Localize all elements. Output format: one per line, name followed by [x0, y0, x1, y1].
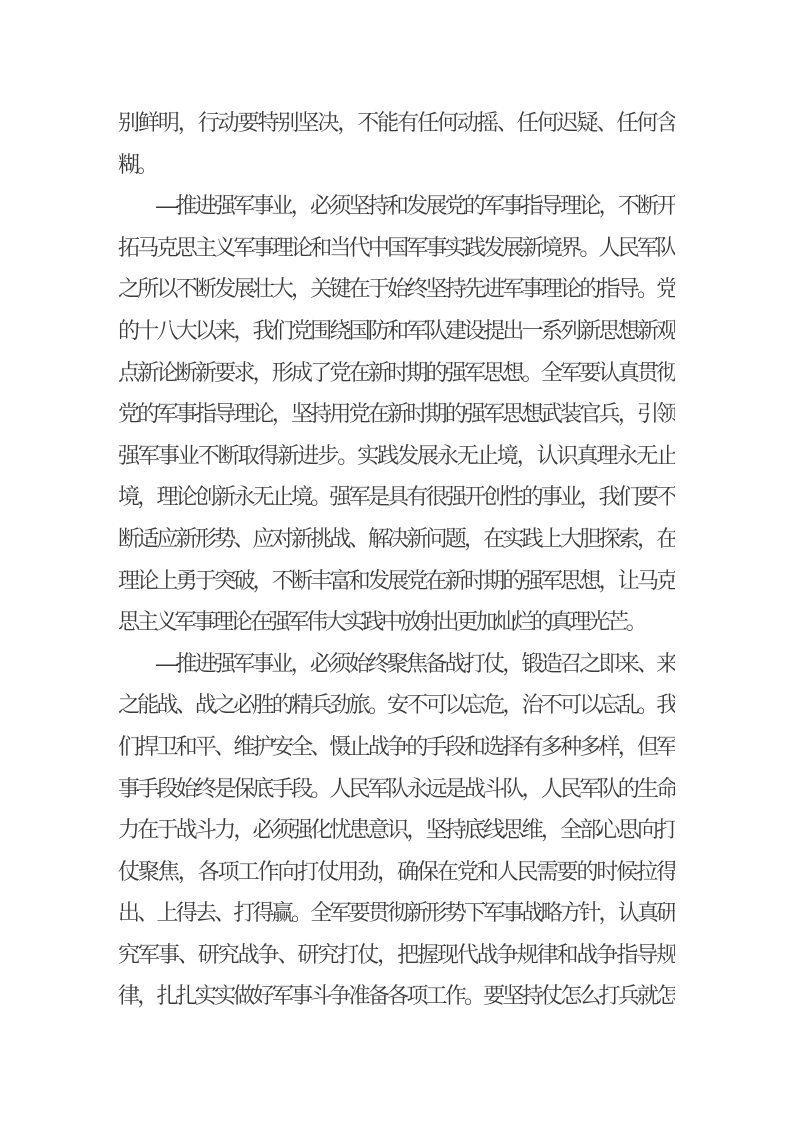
text-line: 事手段始终是保底手段。人民军队永远是战斗队，人民军队的生命 — [118, 768, 675, 810]
text-line: 别鲜明，行动要特别坚决，不能有任何动摇、任何迟疑、任何含 — [118, 102, 675, 144]
document-page: 别鲜明，行动要特别坚决，不能有任何动摇、任何迟疑、任何含糊。—推进强军事业，必须… — [0, 0, 800, 1130]
text-line: 出、上得去、打得赢。全军要贯彻新形势下军事战略方针，认真研 — [118, 892, 675, 934]
text-line: 力在于战斗力，必须强化忧患意识，坚持底线思维，全部心思向打 — [118, 809, 675, 851]
text-line: 理论上勇于突破，不断丰富和发展党在新时期的强军思想，让马克 — [118, 560, 675, 602]
text-line: 之所以不断发展壮大，关键在于始终坚持先进军事理论的指导。党 — [118, 268, 675, 310]
text-line: 拓马克思主义军事理论和当代中国军事实践发展新境界。人民军队 — [118, 227, 675, 269]
text-line: 的十八大以来，我们党围绕国防和军队建设提出一系列新思想新观 — [118, 310, 675, 352]
document-body: 别鲜明，行动要特别坚决，不能有任何动摇、任何迟疑、任何含糊。—推进强军事业，必须… — [118, 102, 675, 1017]
text-line: —推进强军事业，必须始终聚焦备战打仗，锻造召之即来、来 — [118, 643, 675, 685]
text-line: 点新论断新要求，形成了党在新时期的强军思想。全军要认真贯彻 — [118, 352, 675, 394]
text-line: 境，理论创新永无止境。强军是具有很强开创性的事业，我们要不 — [118, 476, 675, 518]
text-line: —推进强军事业，必须坚持和发展党的军事指导理论，不断开 — [118, 185, 675, 227]
text-line: 思主义军事理论在强军伟大实践中放射出更加灿烂的真理光芒。 — [118, 601, 675, 643]
text-line: 强军事业不断取得新进步。实践发展永无止境，认识真理永无止 — [118, 435, 675, 477]
text-line: 之能战、战之必胜的精兵劲旅。安不可以忘危，治不可以忘乱。我 — [118, 684, 675, 726]
text-line: 仗聚焦，各项工作向打仗用劲，确保在党和人民需要的时候拉得 — [118, 851, 675, 893]
text-line: 究军事、研究战争、研究打仗，把握现代战争规律和战争指导规 — [118, 934, 675, 976]
text-line: 断适应新形势、应对新挑战、解决新问题，在实践上大胆探索，在 — [118, 518, 675, 560]
text-line: 们捍卫和平、维护安全、慑止战争的手段和选择有多种多样，但军 — [118, 726, 675, 768]
text-line: 律，扎扎实实做好军事斗争准备各项工作。要坚持仗怎么打兵就怎 — [118, 975, 675, 1017]
text-line: 糊。 — [118, 144, 675, 186]
text-line: 党的军事指导理论，坚持用党在新时期的强军思想武装官兵，引领 — [118, 393, 675, 435]
